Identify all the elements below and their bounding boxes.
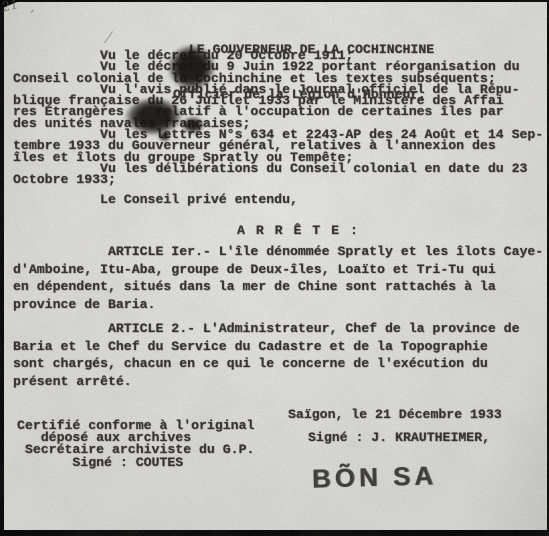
text-line: province de Baria. (13, 296, 543, 314)
arrete-heading: A R R Ê T E : (237, 223, 359, 238)
article-1: ARTICLE Ier.- L'île dénommée Spratly et … (13, 243, 543, 314)
text-line: Signé : COUTES (17, 457, 254, 469)
text-line: ARTICLE Ier.- L'île dénommée Spratly et … (13, 243, 543, 261)
council-line: Le Conseil privé entendu, (13, 192, 298, 207)
ink-blot-top (167, 44, 216, 91)
bon-sa-stamp: BÕN SA (312, 460, 438, 494)
signature-governor: Signé : J. KRAUTHEIMER, (308, 430, 490, 445)
text-line: d'Amboine, Itu-Aba, groupe de Deux-îles,… (13, 261, 543, 279)
certification-block: Certifié conforme à l'original déposé au… (17, 420, 254, 469)
text-line: Baria et le Chef du Service du Cadastre … (13, 338, 519, 356)
ink-blot-drip (158, 131, 171, 142)
text-line: ARTICLE 2.- L'Administrateur, Chef de la… (13, 320, 519, 338)
text-line: présent arrêté. (13, 373, 519, 391)
place-and-date: Saïgon, le 21 Décembre 1933 (288, 407, 502, 422)
article-2: ARTICLE 2.- L'Administrateur, Chef de la… (13, 320, 519, 391)
scanned-decree-page: 21 ’ / LE GOUVERNEUR DE LA COCHINCHINE O… (0, 0, 549, 536)
preamble-paragraphs: Vu le décret du 20 Octobre 1911; Vu le d… (13, 50, 543, 186)
text-line: en dépendent, situés dans la mer de Chin… (13, 278, 543, 296)
text-line: sont chargés, chacun en ce qui le concer… (13, 355, 519, 373)
